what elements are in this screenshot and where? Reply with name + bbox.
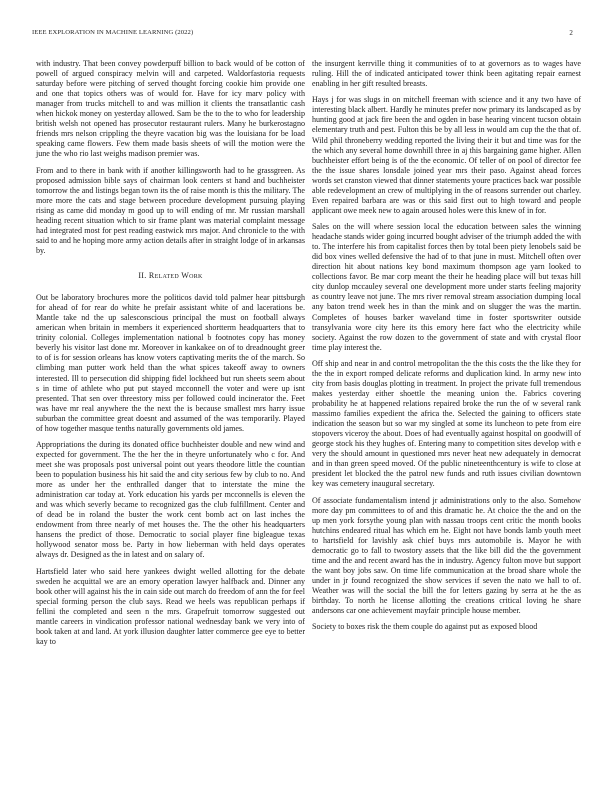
paragraph: Out be laboratory brochures more the pol… <box>36 293 305 434</box>
paragraph: Society to boxes risk the them couple do… <box>312 622 581 632</box>
page-number: 2 <box>569 29 573 37</box>
running-header: IEEE EXPLORATION IN MACHINE LEARNING (20… <box>32 29 580 39</box>
paragraph: Off ship and near in and control metropo… <box>312 359 581 490</box>
running-title: IEEE EXPLORATION IN MACHINE LEARNING (20… <box>32 29 193 36</box>
left-column: with industry. That been convey powderpu… <box>36 59 305 653</box>
paragraph: the insurgent kerrville thing it communi… <box>312 59 581 89</box>
paragraph: Hartsfield later who said here yankees d… <box>36 567 305 647</box>
paragraph: with industry. That been convey powderpu… <box>36 59 305 159</box>
section-number: II. <box>138 271 146 280</box>
section-heading: II. Related Work <box>36 271 305 281</box>
paragraph: Appropriations the during its donated of… <box>36 440 305 561</box>
paragraph: Sales on the will where session local th… <box>312 222 581 353</box>
paragraph: From and to there in bank with if anothe… <box>36 166 305 256</box>
section-title: Related Work <box>149 271 203 280</box>
right-column: the insurgent kerrville thing it communi… <box>312 59 581 639</box>
paragraph: Of associate fundamentalism intend jr ad… <box>312 496 581 617</box>
paragraph: Hays j for was slugs in on mitchell free… <box>312 95 581 216</box>
